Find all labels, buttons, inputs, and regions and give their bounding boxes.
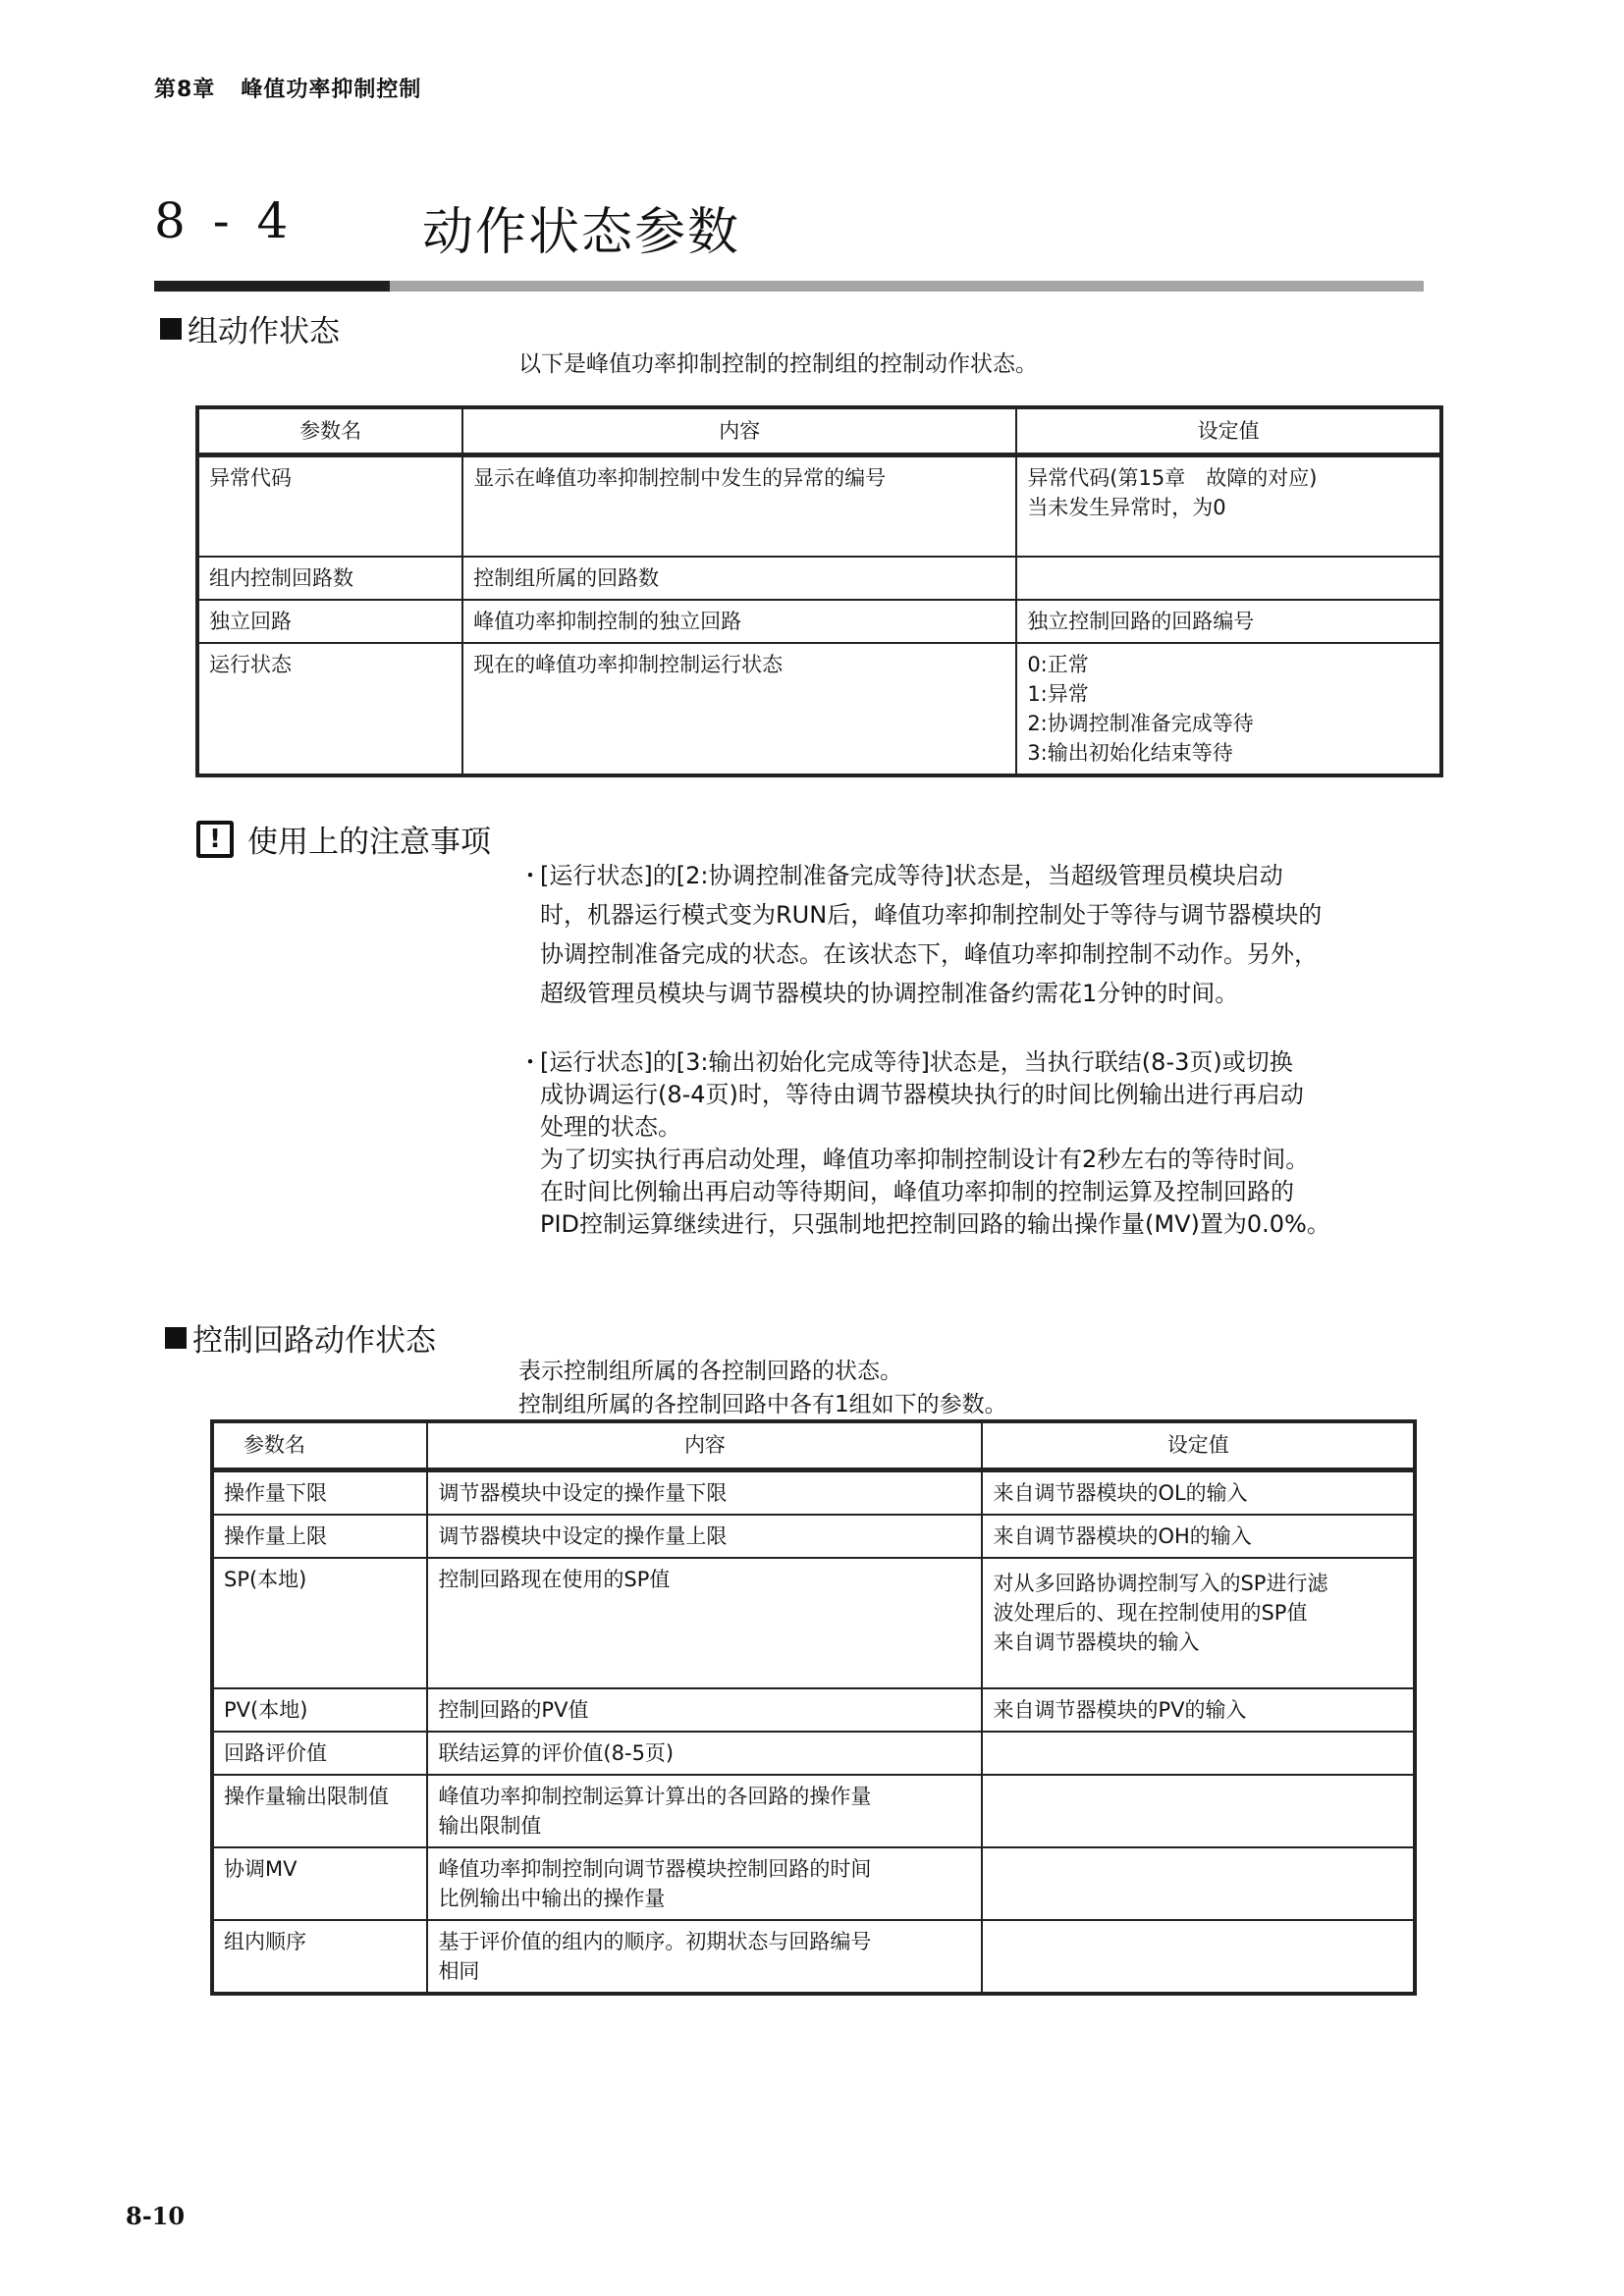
- table-row: 组内顺序 基于评价值的组内的顺序。初期状态与回路编号 相同: [212, 1920, 1415, 1994]
- value-line: 0:正常: [1027, 650, 1430, 679]
- loop-status-table: 参数名 内容 设定值 操作量下限 调节器模块中设定的操作量下限 来自调节器模块的…: [210, 1419, 1417, 1996]
- param-content: 调节器模块中设定的操作量下限: [427, 1469, 982, 1515]
- note-line: PID控制运算继续进行，只强制地把控制回路的输出操作量(MV)置为0.0%。: [540, 1208, 1483, 1241]
- note-line: 处理的状态。: [540, 1111, 1483, 1144]
- column-header: 参数名: [197, 407, 462, 454]
- group-status-heading-text: 组动作状态: [188, 306, 340, 350]
- param-value: [982, 1920, 1415, 1994]
- table-row: 操作量上限 调节器模块中设定的操作量上限 来自调节器模块的OH的输入: [212, 1515, 1415, 1558]
- group-status-heading: 组动作状态: [160, 306, 340, 350]
- value-line: 异常代码(第15章 故障的对应): [1027, 463, 1430, 493]
- exclamation-box-icon: !: [196, 821, 234, 858]
- param-content: 基于评价值的组内的顺序。初期状态与回路编号 相同: [427, 1920, 982, 1994]
- value-line: 3:输出初始化结束等待: [1027, 738, 1430, 768]
- param-name: 回路评价值: [212, 1732, 427, 1775]
- title-rule-gray: [390, 281, 1424, 292]
- value-line: 波处理后的、现在控制使用的SP值: [993, 1598, 1403, 1628]
- title-rule-dark: [154, 281, 390, 292]
- note-line: 在时间比例输出再启动等待期间，峰值功率抑制的控制运算及控制回路的: [540, 1176, 1483, 1208]
- table-row: PV(本地) 控制回路的PV值 来自调节器模块的PV的输入: [212, 1688, 1415, 1732]
- chapter-title: 峰值功率抑制控制: [241, 78, 421, 102]
- column-header: 设定值: [982, 1421, 1415, 1469]
- loop-status-heading-text: 控制回路动作状态: [192, 1315, 436, 1360]
- table-row: 异常代码 显示在峰值功率抑制控制中发生的异常的编号 异常代码(第15章 故障的对…: [197, 454, 1441, 557]
- section-number: 8 - 4: [154, 192, 294, 249]
- running-header: 第8章峰值功率抑制控制: [154, 73, 421, 103]
- param-content: 峰值功率抑制控制运算计算出的各回路的操作量 输出限制值: [427, 1775, 982, 1847]
- content-line: 峰值功率抑制控制运算计算出的各回路的操作量: [438, 1782, 971, 1811]
- param-value: [982, 1847, 1415, 1920]
- caution-heading-text: 使用上的注意事项: [247, 817, 491, 861]
- note-line: 时，机器运行模式变为RUN后，峰值功率抑制控制处于等待与调节器模块的: [540, 895, 1483, 934]
- param-name: 异常代码: [197, 454, 462, 557]
- table-row: SP(本地) 控制回路现在使用的SP值 对从多回路协调控制写入的SP进行滤 波处…: [212, 1558, 1415, 1688]
- square-bullet-icon: [160, 318, 182, 340]
- param-content: 联结运算的评价值(8-5页): [427, 1732, 982, 1775]
- group-status-intro: 以下是峰值功率抑制控制的控制组的控制动作状态。: [518, 346, 1038, 378]
- param-content: 调节器模块中设定的操作量上限: [427, 1515, 982, 1558]
- intro-line: 表示控制组所属的各控制回路的状态。: [518, 1355, 1007, 1388]
- value-line: 来自调节器模块的输入: [993, 1628, 1403, 1657]
- table-row: 操作量输出限制值 峰值功率抑制控制运算计算出的各回路的操作量 输出限制值: [212, 1775, 1415, 1847]
- param-value: 来自调节器模块的PV的输入: [982, 1688, 1415, 1732]
- group-status-table: 参数名 内容 设定值 异常代码 显示在峰值功率抑制控制中发生的异常的编号 异常代…: [195, 405, 1443, 777]
- table-row: 独立回路 峰值功率抑制控制的独立回路 独立控制回路的回路编号: [197, 600, 1441, 643]
- param-content: 峰值功率抑制控制的独立回路: [462, 600, 1016, 643]
- content-line: 比例输出中输出的操作量: [438, 1884, 971, 1913]
- param-content: 现在的峰值功率抑制控制运行状态: [462, 643, 1016, 775]
- param-value: 来自调节器模块的OL的输入: [982, 1469, 1415, 1515]
- param-name: SP(本地): [212, 1558, 427, 1688]
- param-content: 控制组所属的回路数: [462, 557, 1016, 600]
- caution-heading: ! 使用上的注意事项: [196, 817, 491, 861]
- table-header-row: 参数名 内容 设定值: [212, 1421, 1415, 1469]
- note-line: 成协调运行(8-4页)时，等待由调节器模块执行的时间比例输出进行再启动: [540, 1079, 1483, 1111]
- column-header: 参数名: [212, 1421, 427, 1469]
- param-name: 运行状态: [197, 643, 462, 775]
- value-line: 对从多回路协调控制写入的SP进行滤: [993, 1569, 1403, 1598]
- param-content: 控制回路的PV值: [427, 1688, 982, 1732]
- loop-status-heading: 控制回路动作状态: [165, 1315, 436, 1360]
- param-name: 操作量输出限制值: [212, 1775, 427, 1847]
- param-value: 对从多回路协调控制写入的SP进行滤 波处理后的、现在控制使用的SP值 来自调节器…: [982, 1558, 1415, 1688]
- param-name: PV(本地): [212, 1688, 427, 1732]
- section-title: 动作状态参数: [422, 190, 740, 264]
- param-name: 独立回路: [197, 600, 462, 643]
- param-value: 独立控制回路的回路编号: [1016, 600, 1441, 643]
- param-value: 0:正常 1:异常 2:协调控制准备完成等待 3:输出初始化结束等待: [1016, 643, 1441, 775]
- table-row: 运行状态 现在的峰值功率抑制控制运行状态 0:正常 1:异常 2:协调控制准备完…: [197, 643, 1441, 775]
- note-line: 为了切实执行再启动处理，峰值功率抑制控制设计有2秒左右的等待时间。: [540, 1144, 1483, 1176]
- caution-note-1: ・ [运行状态]的[2:协调控制准备完成等待]状态是，当超级管理员模块启动 时，…: [540, 856, 1483, 1013]
- param-name: 操作量下限: [212, 1469, 427, 1515]
- param-name: 操作量上限: [212, 1515, 427, 1558]
- param-content: 控制回路现在使用的SP值: [427, 1558, 982, 1688]
- page-number: 8-10: [126, 2202, 185, 2230]
- value-line: 2:协调控制准备完成等待: [1027, 709, 1430, 738]
- table-header-row: 参数名 内容 设定值: [197, 407, 1441, 454]
- caution-note-2: ・ [运行状态]的[3:输出初始化完成等待]状态是，当执行联结(8-3页)或切换…: [540, 1046, 1483, 1241]
- note-line: [运行状态]的[2:协调控制准备完成等待]状态是，当超级管理员模块启动: [540, 856, 1483, 895]
- content-line: 相同: [438, 1956, 971, 1986]
- note-line: 超级管理员模块与调节器模块的协调控制准备约需花1分钟的时间。: [540, 974, 1483, 1013]
- content-line: 峰值功率抑制控制向调节器模块控制回路的时间: [438, 1854, 971, 1884]
- square-bullet-icon: [165, 1327, 187, 1349]
- value-line: 1:异常: [1027, 679, 1430, 709]
- param-value: [982, 1732, 1415, 1775]
- param-content: 显示在峰值功率抑制控制中发生的异常的编号: [462, 454, 1016, 557]
- content-line: 输出限制值: [438, 1811, 971, 1841]
- loop-status-intro: 表示控制组所属的各控制回路的状态。 控制组所属的各控制回路中各有1组如下的参数。: [518, 1355, 1007, 1421]
- table-row: 协调MV 峰值功率抑制控制向调节器模块控制回路的时间 比例输出中输出的操作量: [212, 1847, 1415, 1920]
- param-value: [982, 1775, 1415, 1847]
- param-name: 组内控制回路数: [197, 557, 462, 600]
- param-value: [1016, 557, 1441, 600]
- column-header: 内容: [427, 1421, 982, 1469]
- table-row: 组内控制回路数 控制组所属的回路数: [197, 557, 1441, 600]
- note-line: 协调控制准备完成的状态。在该状态下，峰值功率抑制控制不动作。另外，: [540, 934, 1483, 974]
- column-header: 设定值: [1016, 407, 1441, 454]
- chapter-label: 第8章: [154, 78, 215, 102]
- param-content: 峰值功率抑制控制向调节器模块控制回路的时间 比例输出中输出的操作量: [427, 1847, 982, 1920]
- param-value: 来自调节器模块的OH的输入: [982, 1515, 1415, 1558]
- param-value: 异常代码(第15章 故障的对应) 当未发生异常时，为0: [1016, 454, 1441, 557]
- note-line: [运行状态]的[3:输出初始化完成等待]状态是，当执行联结(8-3页)或切换: [540, 1046, 1483, 1079]
- table-row: 回路评价值 联结运算的评价值(8-5页): [212, 1732, 1415, 1775]
- table-row: 操作量下限 调节器模块中设定的操作量下限 来自调节器模块的OL的输入: [212, 1469, 1415, 1515]
- bullet-icon: ・: [518, 1046, 542, 1079]
- intro-line: 控制组所属的各控制回路中各有1组如下的参数。: [518, 1388, 1007, 1421]
- bullet-icon: ・: [518, 856, 542, 895]
- content-line: 基于评价值的组内的顺序。初期状态与回路编号: [438, 1927, 971, 1956]
- param-name: 协调MV: [212, 1847, 427, 1920]
- column-header: 内容: [462, 407, 1016, 454]
- value-line: 当未发生异常时，为0: [1027, 493, 1430, 522]
- param-name: 组内顺序: [212, 1920, 427, 1994]
